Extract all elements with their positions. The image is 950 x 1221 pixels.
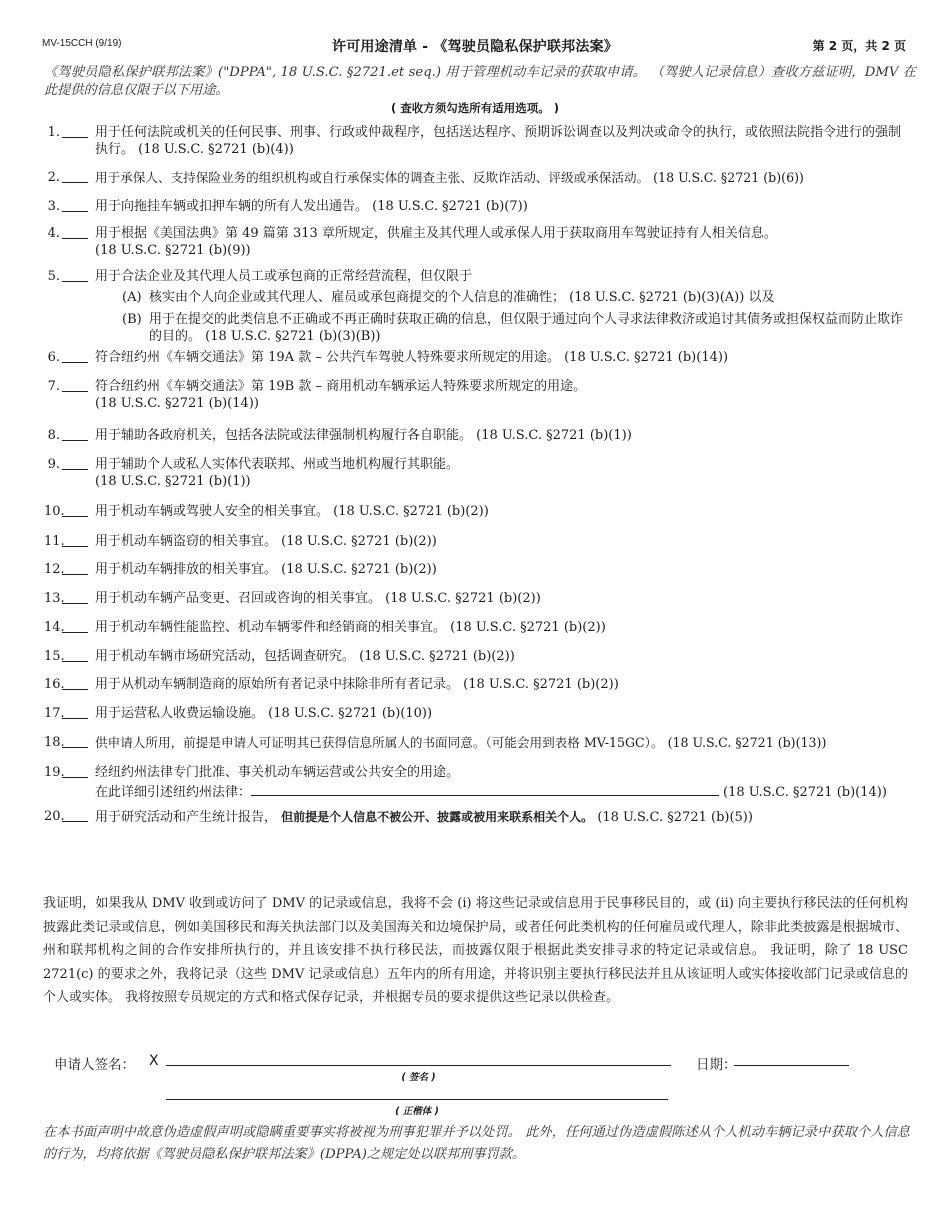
item-citation: (18 U.S.C. §2721 (b)(10)) <box>268 706 432 721</box>
item-citation: (18 U.S.C. §2721 (b)(14)) <box>95 396 259 411</box>
item-number: 5. <box>44 269 60 286</box>
checkmark-blank[interactable] <box>62 182 88 183</box>
signature-x-mark: X <box>149 1053 159 1069</box>
item-text: 符合纽约州《车辆交通法》第 19B 款 – 商用机动车辆承运人特殊要求所规定的用… <box>95 379 586 394</box>
item-number: 20. <box>44 809 60 826</box>
item-text: 用于机动车辆排放的相关事宜。 <box>95 562 277 577</box>
printed-name-caption: ( 正楷体 ) <box>166 1103 668 1117</box>
item-citation: (18 U.S.C. §2721 (b)(1)) <box>95 474 251 489</box>
subitem-label: (B) <box>122 312 142 329</box>
item-text: 用于机动车辆产品变更、召回或咨询的相关事宜。 <box>95 591 381 606</box>
item-citation: (18 U.S.C. §2721 (b)(2)) <box>450 620 606 635</box>
signature-caption: ( 签名 ) <box>166 1069 671 1083</box>
item-number: 12. <box>44 562 60 579</box>
item-number: 4. <box>44 226 60 243</box>
item-citation: (18 U.S.C. §2721 (b)(2)) <box>385 591 541 606</box>
checkmark-blank[interactable] <box>62 211 88 212</box>
item-citation: (18 U.S.C. §2721 (b)(14)) <box>564 350 728 365</box>
item-citation: (18 U.S.C. §2721 (b)(2)) <box>281 562 437 577</box>
checkmark-blank[interactable] <box>62 574 88 575</box>
item-text: 用于研究活动和产生统计报告， <box>95 810 277 825</box>
item-citation: (18 U.S.C. §2721 (b)(2)) <box>281 534 437 549</box>
checkmark-blank[interactable] <box>62 238 88 239</box>
item-number: 11. <box>44 534 60 551</box>
checkmark-blank[interactable] <box>62 469 88 470</box>
date-field[interactable] <box>734 1065 849 1066</box>
item-text: 用于机动车辆市场研究活动，包括调查研究。 <box>95 649 355 664</box>
subitem-label: (A) <box>122 290 142 307</box>
item-number: 14. <box>44 620 60 637</box>
checkmark-blank[interactable] <box>62 362 88 363</box>
checkmark-blank[interactable] <box>62 777 88 778</box>
item-number: 15. <box>44 649 60 666</box>
intro-paragraph: 《驾驶员隐私保护联邦法案》("DPPA", 18 U.S.C. §2721.et… <box>44 64 916 100</box>
item-text: 用于运营私人收费运输设施。 <box>95 706 264 721</box>
item-citation: (18 U.S.C. §2721 (b)(2)) <box>463 677 619 692</box>
penalty-warning: 在本书面声明中故意伪造虚假声明或隐瞒重要事实将被视为刑事犯罪并予以处罚。 此外，… <box>43 1122 910 1166</box>
item-citation: (18 U.S.C. §2721 (b)(6)) <box>653 170 804 185</box>
checkmark-blank[interactable] <box>62 516 88 517</box>
checkmark-blank[interactable] <box>62 747 88 748</box>
checkmark-blank[interactable] <box>62 440 88 441</box>
item-number: 17. <box>44 706 60 723</box>
item-text: 经纽约州法律专门批准、事关机动车辆运营或公共安全的用途。 <box>95 765 459 780</box>
subitem-citation: (18 U.S.C. §2721 (b)(3)(B)) <box>205 329 380 344</box>
ny-law-input[interactable] <box>251 782 719 796</box>
checkmark-blank[interactable] <box>62 546 88 547</box>
checkmark-blank[interactable] <box>62 137 88 138</box>
item-citation: (18 U.S.C. §2721 (b)(9)) <box>95 243 251 258</box>
item-text: 用于辅助个人或私人实体代表联邦、州或当地机构履行其职能。 <box>95 457 459 472</box>
item-citation: (18 U.S.C. §2721 (b)(2)) <box>359 649 515 664</box>
item-number: 16. <box>44 677 60 694</box>
item-text: 用于机动车辆或驾驶人安全的相关事宜。 <box>95 504 329 519</box>
item-number: 10. <box>44 504 60 521</box>
item-text: 用于机动车辆盗窃的相关事宜。 <box>95 534 277 549</box>
ny-law-label: 在此详细引述纽约州法律： <box>95 785 251 800</box>
subitem-suffix: 以及 <box>748 290 774 305</box>
item-text: 用于向拖挂车辆或扣押车辆的所有人发出通告。 <box>95 199 368 214</box>
printed-name-field[interactable] <box>166 1099 668 1100</box>
item-citation: (18 U.S.C. §2721 (b)(13)) <box>668 735 827 750</box>
checkmark-blank[interactable] <box>62 661 88 662</box>
checkmark-blank[interactable] <box>62 632 88 633</box>
certification-paragraph: 我证明，如果我从 DMV 收到或访问了 DMV 的记录或信息，我将不会 (i) … <box>43 892 908 1010</box>
item-text: 用于合法企业及其代理人员工或承包商的正常经营流程，但仅限于 <box>95 269 472 284</box>
item-text: 用于机动车辆性能监控、机动车辆零件和经销商的相关事宜。 <box>95 620 446 635</box>
checkmark-blank[interactable] <box>62 821 88 822</box>
item-text: 符合纽约州《车辆交通法》第 19A 款 – 公共汽车驾驶人特殊要求所规定的用途。 <box>95 350 560 365</box>
item-citation: (18 U.S.C. §2721 (b)(4)) <box>138 142 294 157</box>
item-number: 13. <box>44 591 60 608</box>
item-citation: (18 U.S.C. §2721 (b)(5)) <box>597 810 753 825</box>
item-number: 9. <box>44 457 60 474</box>
checkmark-blank[interactable] <box>62 603 88 604</box>
subitem-citation: (18 U.S.C. §2721 (b)(3)(A)) <box>569 290 744 305</box>
item-number: 18. <box>44 735 60 752</box>
applicant-signature-label: 申请人签名： <box>54 1053 135 1073</box>
item-text: 用于根据《美国法典》第 49 篇第 313 章所规定，供雇主及其代理人或承保人用… <box>95 226 777 241</box>
item-number: 8. <box>44 428 60 445</box>
checkmark-blank[interactable] <box>62 689 88 690</box>
item-emphasis: 但前提是个人信息不被公开、披露或被用来联系相关个人。 <box>281 810 593 824</box>
item-number: 6. <box>44 350 60 367</box>
item-text: 用于从机动车辆制造商的原始所有者记录中抹除非所有者记录。 <box>95 677 459 692</box>
signature-field[interactable] <box>166 1065 671 1066</box>
checkmark-blank[interactable] <box>62 391 88 392</box>
item-number: 19. <box>44 765 60 782</box>
date-label: 日期： <box>696 1053 737 1073</box>
instruction-text: ( 查收方须勾选所有适用选项。 ) <box>0 100 950 116</box>
item-number: 7. <box>44 379 60 396</box>
item-text: 用于辅助各政府机关，包括各法院或法律强制机构履行各自职能。 <box>95 428 472 443</box>
item-text: 供申请人所用，前提是申请人可证明其已获得信息所属人的书面同意。（可能会用到表格 … <box>95 735 664 750</box>
item-citation: (18 U.S.C. §2721 (b)(14)) <box>723 785 887 800</box>
checkmark-blank[interactable] <box>62 281 88 282</box>
item-number: 3. <box>44 199 60 216</box>
item-citation: (18 U.S.C. §2721 (b)(2)) <box>333 504 489 519</box>
item-citation: (18 U.S.C. §2721 (b)(1)) <box>476 428 632 443</box>
item-citation: (18 U.S.C. §2721 (b)(7)) <box>372 199 528 214</box>
page-title: 许可用途清单 - 《驾驶员隐私保护联邦法案》 <box>0 36 950 56</box>
item-text: 用于承保人、支持保险业务的组织机构或自行承保实体的调查主张、反欺诈活动、评级或承… <box>95 170 649 185</box>
page-number: 第 2 页，共 2 页 <box>813 37 906 54</box>
item-number: 1. <box>44 125 60 142</box>
item-number: 2. <box>44 170 60 187</box>
subitem-text: 核实由个人向企业或其代理人、雇员或承包商提交的个人信息的准确性； <box>149 290 565 305</box>
checkmark-blank[interactable] <box>62 718 88 719</box>
